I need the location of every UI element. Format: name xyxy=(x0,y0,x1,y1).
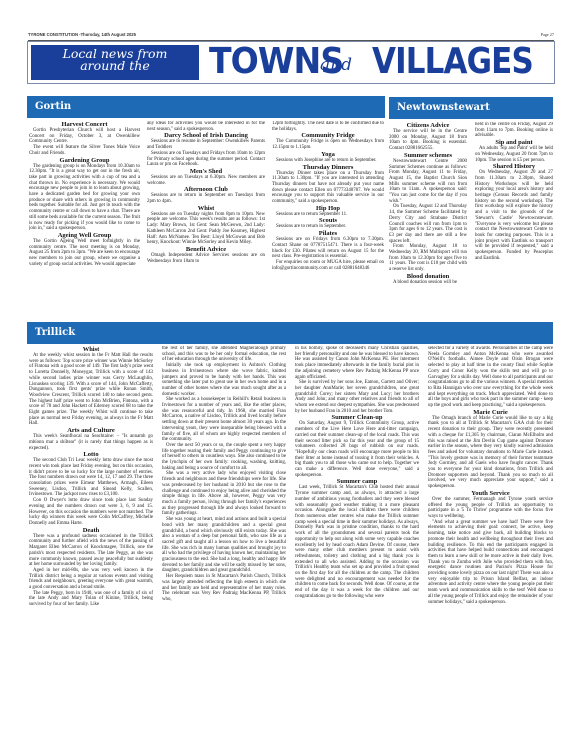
paragraph: The late Peggy, born in 1940, was one of… xyxy=(29,591,153,608)
paragraph: There was a profound sadness occasioned … xyxy=(29,534,153,568)
paragraph: Her Requiem mass in St Macartan's Parish… xyxy=(162,574,286,603)
section-banner: Local news from around the TOWNS and VIL… xyxy=(27,41,555,84)
paragraph: 12pm fortnightly. The next date is to be… xyxy=(272,121,384,132)
subheading: Summer Clean-up xyxy=(295,414,419,421)
subheading: Sip and paint xyxy=(475,139,553,146)
paragraph: The Community Fridge is open on Wednesda… xyxy=(272,139,384,150)
trillick-column-4: selected for a variety of awards. Person… xyxy=(428,346,553,686)
trillick-column-3: in his homily, spoke of deceased's many … xyxy=(295,346,419,686)
section-header-gortin: Gortin xyxy=(27,96,385,118)
paragraph: The second Club Tri Leac weekly lotto dr… xyxy=(29,458,153,498)
subheading: Summer camp xyxy=(295,478,419,485)
paragraph: The Omagh branch of Marie Curie would li… xyxy=(428,416,553,490)
paragraph: Omagh Independent Advice Services sessio… xyxy=(147,253,265,264)
subheading: Marie Curie xyxy=(428,409,553,416)
paragraph: Sessions are to resume in September: Owe… xyxy=(147,139,265,150)
banner-tagline: Local news from around the xyxy=(31,45,199,80)
newtownstewart-article: Citizens AdviceThe service will be in th… xyxy=(389,122,553,317)
paragraph: A blood donation session will be xyxy=(389,280,467,286)
subheading: Lotto xyxy=(29,451,153,458)
paragraph: The event will feature the Silver Tones … xyxy=(29,145,140,156)
paragraph: Thursday Dinner takes place on a Thursda… xyxy=(272,171,384,205)
paragraph: Con O Dwyer's lotto draw since took plac… xyxy=(29,498,153,527)
paragraph: On Tuesday, August 12 and Thursday 14, t… xyxy=(389,204,467,244)
paragraph: Aged in her mid-80s, she was very well k… xyxy=(29,568,153,591)
section-header-newtownstewart: Newtownstewart xyxy=(389,97,553,119)
paragraph: the rest of her family, she attended Mag… xyxy=(162,346,286,363)
subheading: Men's Shed xyxy=(147,168,265,175)
newtownstewart-column-2: held in the centre on Friday, August 29 … xyxy=(475,122,553,317)
paragraph: any ideas for activities you would be in… xyxy=(147,121,265,132)
gortin-article: Harvest ConcertGortin Presbyterian Churc… xyxy=(29,121,385,321)
paragraph: Newtownstewart Centre 2000 Summer Scheme… xyxy=(389,159,467,205)
paragraph: At the weekly whist session in the Fr Ma… xyxy=(29,353,153,427)
subheading: Whist xyxy=(147,205,265,212)
subheading: Afternoon Club xyxy=(147,186,265,193)
paragraph: The gardening group is on Mondays from 1… xyxy=(29,164,140,232)
subheading: Summer schemes xyxy=(389,152,467,159)
paragraph: in his homily, spoke of deceased's many … xyxy=(295,346,419,380)
paragraph: Sessions are to return in September on T… xyxy=(147,193,265,204)
subheading: Ageing Well Group xyxy=(29,232,140,239)
trillick-article: WhistAt the weekly whist session in the … xyxy=(29,346,553,736)
subheading: Darcy School of Irish Dancing xyxy=(147,132,265,139)
running-header: TYRONE CONSTITUTION -Thursday, 14th Augu… xyxy=(28,31,554,41)
gortin-column-2: any ideas for activities you would be in… xyxy=(147,121,265,321)
paragraph: Sessions are on Tuesday nights from 8pm … xyxy=(147,212,265,246)
subheading: Community Fridge xyxy=(272,132,384,139)
paragraph: On Saturday, August 9, Trillick Communit… xyxy=(295,421,419,478)
subheading: Citizens Advice xyxy=(389,122,467,129)
subheading: Shared History xyxy=(475,163,553,170)
newtownstewart-column-1: Citizens AdviceThe service will be in th… xyxy=(389,122,467,317)
tagline-line2: around the xyxy=(31,60,199,72)
paragraph: From Monday, August 18 to Wednesday 20, … xyxy=(389,244,467,273)
banner-word-and: and xyxy=(320,55,352,75)
subheading: Scouts xyxy=(272,217,384,224)
subheading: Blood donation xyxy=(389,273,467,280)
page-number: Page 27 xyxy=(541,32,554,37)
paragraph: She was a very active lady who enjoyed v… xyxy=(162,471,286,517)
paragraph: The Gortin Ageing Well meet fortnightly … xyxy=(29,239,140,268)
paragraph: held in the centre on Friday, August 29 … xyxy=(475,122,553,139)
paragraph: "And what a great summer we have had! Th… xyxy=(428,520,553,606)
paragraph: Initially she took up employment in Asht… xyxy=(162,363,286,397)
gortin-column-1: Harvest ConcertGortin Presbyterian Churc… xyxy=(29,121,140,321)
paragraph: This week's Seanfhocal na Seachtaine: – … xyxy=(29,434,153,451)
paragraph: She was young at heart, mind and actions… xyxy=(162,517,286,574)
paragraph: selected for a variety of awards. Person… xyxy=(428,346,553,409)
paragraph: Last week, Trillick St Macartan's Club h… xyxy=(295,485,419,599)
subheading: Pilates xyxy=(272,230,384,237)
paragraph: She is survived by her sons Joe, Eamon, … xyxy=(295,380,419,414)
trillick-column-2: the rest of her family, she attended Mag… xyxy=(162,346,286,686)
paragraph: The service will be in the Centre 2000 o… xyxy=(389,129,467,152)
paragraph: On Wednesday, August 20 and 27 from 11.3… xyxy=(475,170,553,261)
paragraph: Sessions are on Tuesdays and Fridays fro… xyxy=(147,151,265,168)
subheading: Whist xyxy=(29,346,153,353)
subheading: Arts and Culture xyxy=(29,427,153,434)
paragraph: Gortin Presbyterian Church will host a H… xyxy=(29,128,140,145)
banner-word-villages: VILLAGES xyxy=(372,41,533,82)
paragraph: Over the next 50 years or so, the couple… xyxy=(162,443,286,472)
paragraph: Sessions with Josephine are to return in… xyxy=(272,158,384,164)
subheading: Harvest Concert xyxy=(29,121,140,128)
subheading: Gardening Group xyxy=(29,157,140,164)
subheading: Hip Hop xyxy=(272,205,384,212)
trillick-column-1: WhistAt the weekly whist session in the … xyxy=(29,346,153,686)
paragraph: Sessions are on Tuesdays at 6.30pm. New … xyxy=(147,175,265,186)
section-header-trillick: Trillick xyxy=(27,322,553,344)
paragraph: An adults 'Sip and Paint' will be held o… xyxy=(475,146,553,163)
paragraph: She worked as a housekeeper in Reihill's… xyxy=(162,397,286,443)
subheading: Death xyxy=(29,527,153,534)
subheading: Youth Service xyxy=(428,490,553,497)
publication-date: TYRONE CONSTITUTION -Thursday, 14th Augu… xyxy=(28,32,136,37)
paragraph: For enquiries on room or MUGA hire, plea… xyxy=(272,260,384,271)
subheading: Thursday Dinners xyxy=(272,164,384,171)
paragraph: Over the summer, Fermanagh and Tyrone yo… xyxy=(428,497,553,520)
gortin-column-3: 12pm fortnightly. The next date is to be… xyxy=(272,121,384,321)
paragraph: Sessions are on Fridays from 6.30pm to 7… xyxy=(272,237,384,260)
subheading: Benefit Advice xyxy=(147,246,265,253)
subheading: Yoga xyxy=(272,151,384,158)
